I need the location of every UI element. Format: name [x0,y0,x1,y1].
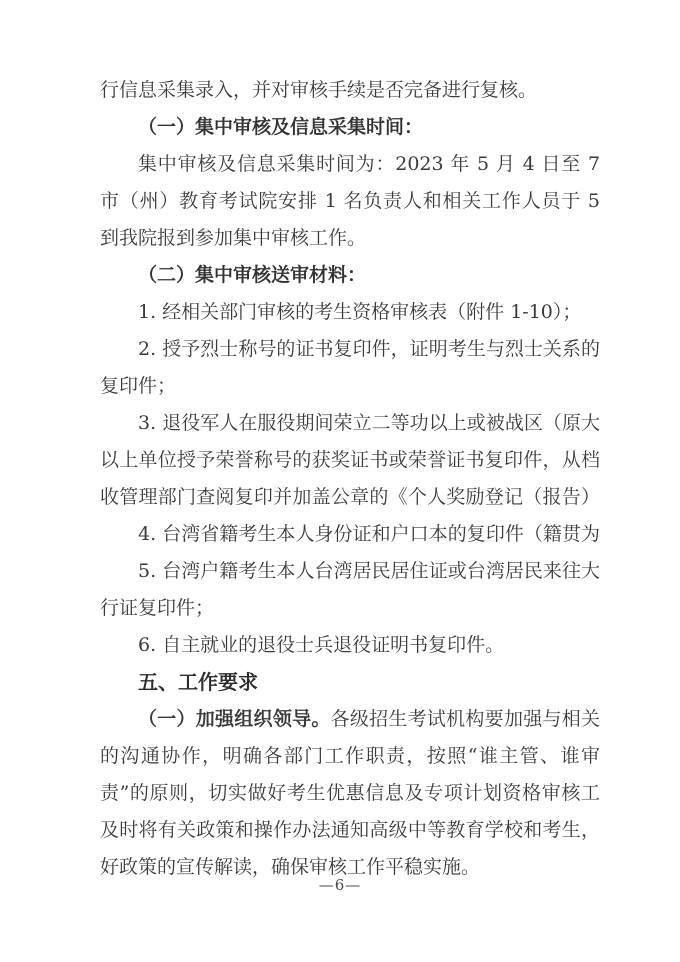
document-line: 五、工作要求 [100,664,600,701]
document-line: 的沟通协作，明确各部门工作职责，按照“谁主管、谁审核、谁负 [100,738,600,775]
document-line: （二）集中审核送审材料： [100,257,600,294]
document-line: 以上单位授予荣誉称号的获奖证书或荣誉证书复印件，从档案接 [100,442,600,479]
document-line: （一）加强组织领导。各级招生考试机构要加强与相关部门 [100,701,600,738]
document-line: 市（州）教育考试院安排 1 名负责人和相关工作人员于 5 月 4 日 [100,183,600,220]
document-line: 行信息采集录入，并对审核手续是否完备进行复核。 [100,72,600,109]
document-page: 行信息采集录入，并对审核手续是否完备进行复核。（一）集中审核及信息采集时间：集中… [0,0,680,962]
document-line: 2. 授予烈士称号的证书复印件，证明考生与烈士关系的证件 [100,331,600,368]
paragraph-lead: （一）加强组织领导。 [138,708,331,730]
document-line: 6. 自主就业的退役士兵退役证明书复印件。 [100,627,600,664]
document-line: 3. 退役军人在服役期间荣立二等功以上或被战区（原大军区） [100,405,600,442]
document-line: 4. 台湾省籍考生本人身份证和户口本的复印件（籍贯为台湾）； [100,516,600,553]
document-line: 5. 台湾户籍考生本人台湾居民居住证或台湾居民来往大陆通 [100,553,600,590]
document-line: 收管理部门查阅复印并加盖公章的《个人奖励登记（报告）表》； [100,479,600,516]
document-line: （一）集中审核及信息采集时间： [100,109,600,146]
document-line: 责”的原则，切实做好考生优惠信息及专项计划资格审核工作。要 [100,775,600,812]
page-number: —6— [0,876,680,894]
document-line: 复印件； [100,368,600,405]
document-line: 行证复印件； [100,590,600,627]
document-line: 集中审核及信息采集时间为：2023 年 5 月 4 日至 7 日。请各 [100,146,600,183]
document-line: 到我院报到参加集中审核工作。 [100,220,600,257]
document-body: 行信息采集录入，并对审核手续是否完备进行复核。（一）集中审核及信息采集时间：集中… [100,72,600,886]
document-line: 及时将有关政策和操作办法通知高级中等教育学校和考生，并做 [100,812,600,849]
document-line: 1. 经相关部门审核的考生资格审核表（附件 1-10）； [100,294,600,331]
